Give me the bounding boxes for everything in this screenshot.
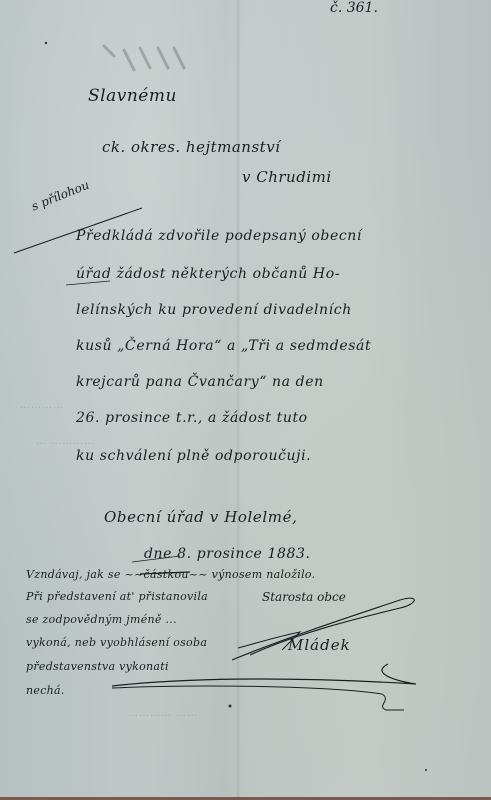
annotation-line: vykoná, neb vyobhlásení osoba	[26, 636, 207, 649]
reference-number: č. 361.	[330, 0, 378, 16]
annotation-line: nechá.	[26, 684, 65, 697]
margin-note-attachment: s přílohou	[29, 178, 91, 214]
ink-flourishes	[0, 0, 491, 800]
body-line: úřad žádost některých občanů Ho-	[76, 266, 340, 282]
faded-stamp-marks	[100, 42, 190, 74]
annotation-line: představenstva vykonati	[26, 660, 169, 673]
faint-backside-text: … …………	[36, 436, 95, 447]
body-line: krejcarů pana Čvančary“ na den	[76, 374, 324, 390]
document-page: ………… … ………… ………… …… č. 361. Slavnému ck.…	[0, 0, 491, 800]
signature-title: Starosta obce	[262, 590, 346, 604]
paper-fold	[236, 0, 240, 800]
faint-backside-text: …………	[20, 400, 64, 411]
signature-name: Mládek	[288, 636, 351, 654]
body-line: Předkládá zdvořile podepsaný obecní	[76, 228, 362, 244]
closing-office: Obecní úřad v Holelmé,	[104, 508, 297, 526]
closing-date: dne 8. prosince 1883.	[144, 546, 311, 562]
body-line: ku schválení plně odporoučuji.	[76, 448, 311, 464]
annotation-line: Při představení at' přistanovila	[26, 590, 208, 603]
body-line: kusů „Černá Hora“ a „Tři a sedmdesát	[76, 338, 371, 354]
salutation: Slavnému	[88, 86, 177, 106]
annotation-line: Vzndávaj, jak se ~~částkou~~ výnosem nal…	[26, 568, 315, 581]
addressee-line: v Chrudimi	[242, 168, 332, 186]
annotation-line: se zodpovědným jméně ...	[26, 613, 177, 626]
addressee-line: ck. okres. hejtmanství	[102, 138, 280, 156]
body-line: 26. prosince t.r., a žádost tuto	[76, 410, 308, 426]
faint-backside-text: ………… ……	[128, 708, 198, 719]
body-line: lelínských ku provedení divadelních	[76, 302, 352, 318]
